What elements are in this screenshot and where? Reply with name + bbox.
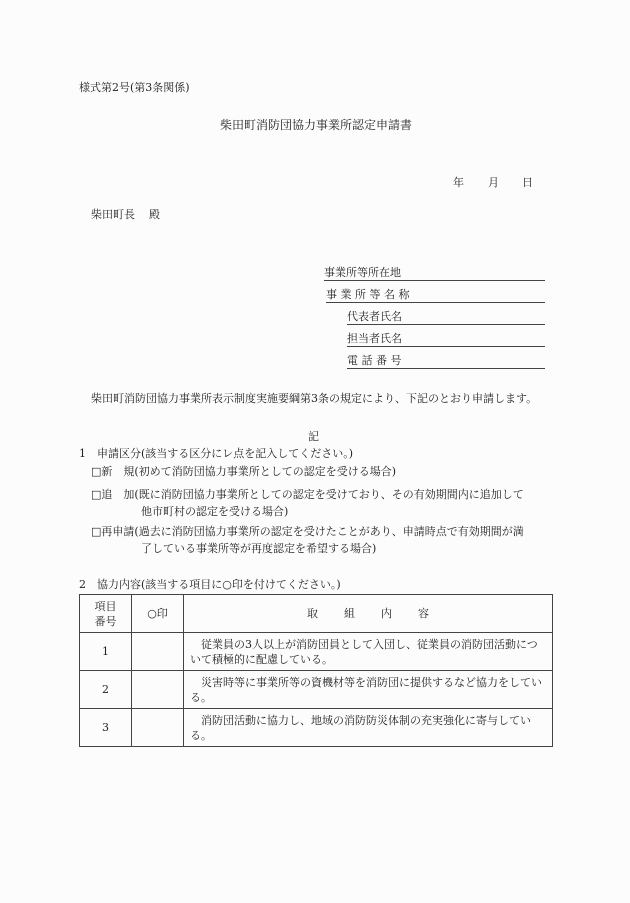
option-reapply: □再申請(過去に消防団協力事業所の認定を受けたことがあり、申請時点で有効期間が満 bbox=[91, 525, 524, 539]
mark-cell[interactable] bbox=[132, 709, 184, 747]
date-day-label: 日 bbox=[522, 176, 533, 190]
option-label: 再申請 bbox=[101, 525, 134, 538]
option-description: (既に消防団協力事業所としての認定を受けており、その有効期間内に追加して bbox=[134, 488, 523, 501]
field-label: 担当者氏名 bbox=[347, 332, 402, 345]
checkbox-reapply[interactable]: □ bbox=[91, 525, 101, 538]
document-title: 柴田町消防団協力事業所認定申請書 bbox=[220, 118, 412, 133]
section2-heading: 2 協力内容(該当する項目に○印を付けてください。) bbox=[79, 578, 341, 592]
option-description-cont: 了している事業所等が再度認定を希望する場合) bbox=[141, 542, 376, 556]
option-description-cont: 他市町村の認定を受ける場合) bbox=[141, 505, 288, 519]
addressee-honorific: 殿 bbox=[149, 208, 160, 221]
field-business-name[interactable]: 事 業 所 等 名 称 bbox=[326, 288, 545, 303]
option-label: 追 加 bbox=[101, 488, 134, 501]
header-content-char: 内 bbox=[381, 606, 392, 621]
field-label: 事業所等所在地 bbox=[324, 266, 401, 279]
item-content: 従業員の3人以上が消防団員として入団し、従業員の消防団活動について積極的に配慮し… bbox=[184, 633, 553, 671]
option-description: (初めて消防団協力事業所としての認定を受ける場合) bbox=[134, 465, 396, 478]
section1-heading: 1 申請区分(該当する区分にレ点を記入してください。) bbox=[79, 447, 353, 461]
item-number: 3 bbox=[80, 709, 132, 747]
mark-cell[interactable] bbox=[132, 671, 184, 709]
item-number: 2 bbox=[80, 671, 132, 709]
header-mark: ○印 bbox=[132, 595, 184, 633]
form-number: 様式第2号(第3条関係) bbox=[79, 81, 190, 95]
ki-heading: 記 bbox=[308, 430, 319, 444]
table-row: 3 消防団活動に協力し、地域の消防防災体制の充実強化に寄与している。 bbox=[80, 709, 553, 747]
field-label: 電 話 番 号 bbox=[347, 354, 402, 367]
option-label: 新 規 bbox=[101, 465, 134, 478]
table-row: 1 従業員の3人以上が消防団員として入団し、従業員の消防団活動について積極的に配… bbox=[80, 633, 553, 671]
cooperation-table: 項目 番号 ○印 取組内容 1 従業員の3人以上が消防団員として入団し、従業員の… bbox=[79, 594, 553, 747]
option-additional: □追 加(既に消防団協力事業所としての認定を受けており、その有効期間内に追加して bbox=[91, 488, 524, 502]
application-statement: 柴田町消防団協力事業所表示制度実施要綱第3条の規定により、下記のとおり申請します… bbox=[91, 392, 537, 406]
item-content: 災害時等に事業所等の資機材等を消防団に提供するなど協力をしている。 bbox=[184, 671, 553, 709]
date-month-label: 月 bbox=[488, 176, 499, 190]
item-number: 1 bbox=[80, 633, 132, 671]
field-representative-name[interactable]: 代表者氏名 bbox=[347, 310, 545, 325]
option-new: □新 規(初めて消防団協力事業所としての認定を受ける場合) bbox=[91, 465, 396, 479]
checkbox-new[interactable]: □ bbox=[91, 465, 101, 478]
addressee-name: 柴田町長 bbox=[91, 208, 135, 221]
option-description: (過去に消防団協力事業所の認定を受けたことがあり、申請時点で有効期間が満 bbox=[134, 525, 523, 538]
table-header-row: 項目 番号 ○印 取組内容 bbox=[80, 595, 553, 633]
field-label: 事 業 所 等 名 称 bbox=[326, 288, 409, 301]
header-item-number-line2: 番号 bbox=[80, 614, 131, 629]
header-content-char: 取 bbox=[307, 606, 318, 621]
header-item-number-line1: 項目 bbox=[80, 599, 131, 614]
field-contact-person-name[interactable]: 担当者氏名 bbox=[347, 332, 545, 347]
addressee: 柴田町長殿 bbox=[91, 208, 160, 222]
header-content-char: 組 bbox=[344, 606, 355, 621]
checkbox-additional[interactable]: □ bbox=[91, 488, 101, 501]
field-label: 代表者氏名 bbox=[347, 310, 402, 323]
date-year-label: 年 bbox=[453, 176, 464, 190]
mark-cell[interactable] bbox=[132, 633, 184, 671]
header-content-char: 容 bbox=[418, 606, 429, 621]
field-phone-number[interactable]: 電 話 番 号 bbox=[347, 354, 545, 369]
table-row: 2 災害時等に事業所等の資機材等を消防団に提供するなど協力をしている。 bbox=[80, 671, 553, 709]
header-content: 取組内容 bbox=[184, 595, 553, 633]
field-business-address[interactable]: 事業所等所在地 bbox=[324, 266, 545, 281]
header-item-number: 項目 番号 bbox=[80, 595, 132, 633]
item-content: 消防団活動に協力し、地域の消防防災体制の充実強化に寄与している。 bbox=[184, 709, 553, 747]
